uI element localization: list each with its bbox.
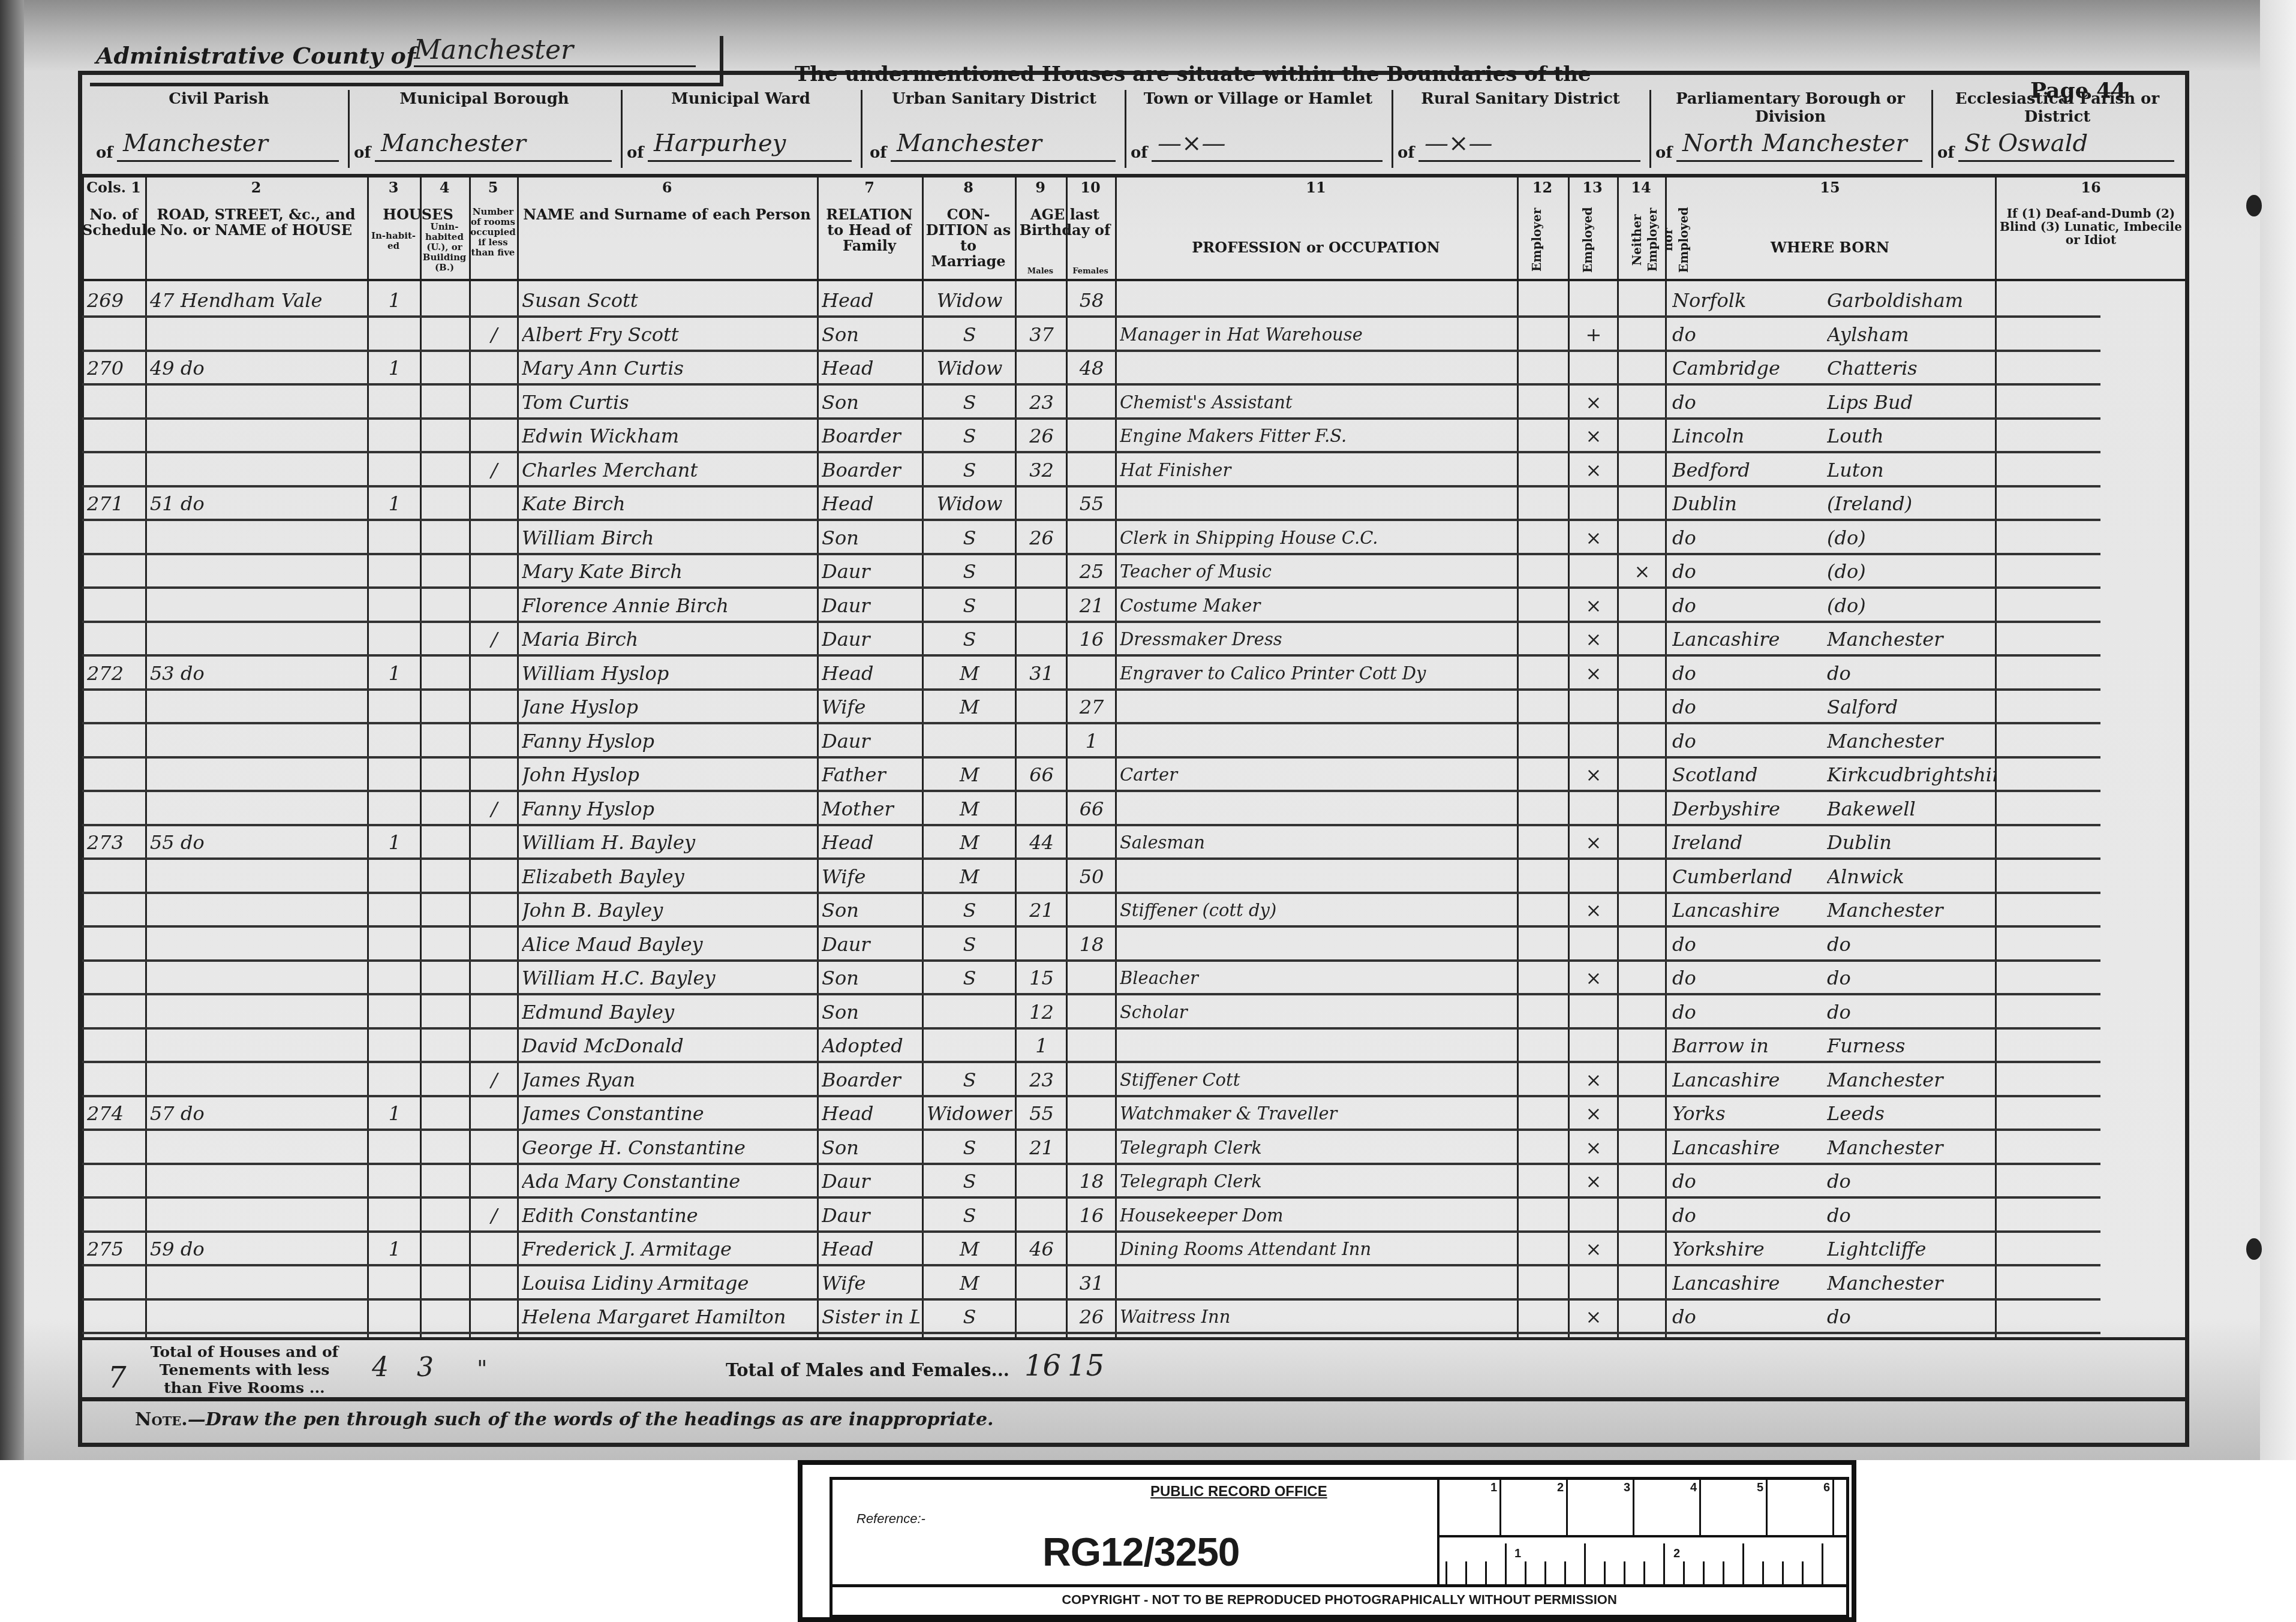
cell-occupation: Housekeeper Dom [1120, 1197, 1514, 1230]
cell-name: Tom Curtis [522, 384, 815, 417]
cell-employer [1522, 1163, 1565, 1196]
area-value: Manchester [375, 127, 612, 162]
cell-inhabited [372, 1061, 417, 1095]
cell-occupation: Telegraph Clerk [1120, 1163, 1514, 1196]
cell-rooms [474, 485, 515, 519]
cell-neither [1622, 1129, 1663, 1163]
census-row: /Charles MerchantBoarderS32Hat Finisher×… [82, 452, 2100, 487]
cell-occupation: Salesman [1120, 824, 1514, 857]
cell-male-age [1020, 350, 1063, 383]
note-text: —Draw the pen through such of the words … [188, 1409, 994, 1430]
ruler-number: 3 [1624, 1481, 1630, 1495]
cell-relation: Daur [822, 926, 919, 959]
census-row: Ada Mary ConstantineDaurS18Telegraph Cle… [82, 1163, 2100, 1199]
cell-female-age [1071, 384, 1113, 417]
cell-neither [1622, 587, 1663, 621]
cell-uninhabited [425, 587, 467, 621]
cell-condition: S [927, 621, 1012, 654]
cell-born-county: Dublin [1672, 485, 1822, 519]
column-number: 6 [517, 179, 817, 196]
cell-rooms [474, 384, 515, 417]
cell-male-age: 21 [1020, 892, 1063, 925]
census-row: /Maria BirchDaurS16Dressmaker Dress×Lanc… [82, 621, 2100, 657]
cell-address [150, 587, 365, 621]
cell-address: 59 do [150, 1230, 365, 1264]
cell-employer [1522, 959, 1565, 993]
cell-female-age [1071, 1061, 1113, 1095]
cell-schedule [87, 1265, 143, 1298]
cell-schedule: 272 [87, 655, 143, 688]
cell-relation: Son [822, 959, 919, 993]
cell-rooms: / [474, 452, 515, 485]
cell-rooms [474, 756, 515, 790]
area-label: Urban Sanitary District [864, 90, 1125, 108]
column-header-age: AGE last Birthday of [1015, 207, 1115, 238]
cell-inhabited: 1 [372, 282, 417, 315]
ruler-mark [1465, 1561, 1467, 1585]
cell-born-place: do [1827, 1197, 1995, 1230]
cell-occupation: Engraver to Calico Printer Cott Dy [1120, 655, 1514, 688]
cell-name: John Hyslop [522, 756, 815, 790]
cell-uninhabited [425, 1230, 467, 1264]
census-row: 27253 do1William HyslopHeadM31Engraver t… [82, 655, 2100, 691]
area-of: of [870, 144, 887, 162]
cell-neither [1622, 1061, 1663, 1095]
cell-schedule [87, 452, 143, 485]
cell-schedule [87, 1197, 143, 1230]
cell-inhabited [372, 994, 417, 1027]
cell-occupation [1120, 790, 1514, 824]
cell-schedule [87, 994, 143, 1027]
cell-female-age: 58 [1071, 282, 1113, 315]
census-row: Florence Annie BirchDaurS21Costume Maker… [82, 587, 2100, 623]
cell-female-age: 66 [1071, 790, 1113, 824]
cell-male-age [1020, 790, 1063, 824]
cell-employer [1522, 1265, 1565, 1298]
column-number: 16 [1995, 179, 2187, 196]
cell-relation: Sister in Law [822, 1298, 919, 1332]
cell-relation: Daur [822, 1197, 919, 1230]
column-number: 3 [367, 179, 420, 196]
cell-employer [1522, 587, 1565, 621]
area-label: Municipal Ward [621, 90, 861, 108]
cell-employed [1573, 553, 1615, 586]
cell-relation: Boarder [822, 452, 919, 485]
cell-address [150, 959, 365, 993]
cell-relation: Boarder [822, 1061, 919, 1095]
cell-occupation: Bleacher [1120, 959, 1514, 993]
cell-employed [1573, 282, 1615, 315]
cell-female-age [1071, 1027, 1113, 1061]
cell-condition: S [927, 1129, 1012, 1163]
cell-condition: M [927, 1230, 1012, 1264]
ruler-tick [1699, 1480, 1701, 1535]
cell-name: James Constantine [522, 1095, 815, 1129]
ruler-mark [1643, 1561, 1645, 1585]
cell-occupation: Costume Maker [1120, 587, 1514, 621]
cell-neither [1622, 519, 1663, 553]
census-row: William H.C. BayleySonS15Bleacher×dodo [82, 959, 2100, 995]
cell-female-age [1071, 994, 1113, 1027]
cell-relation: Daur [822, 553, 919, 586]
cell-employed [1573, 1027, 1615, 1061]
column-header-relation: RELATION to Head of Family [817, 207, 922, 254]
cell-rooms [474, 350, 515, 383]
cell-born-county: do [1672, 553, 1822, 586]
cell-born-county: Yorkshire [1672, 1230, 1822, 1264]
census-row: 27355 do1William H. BayleyHeadM44Salesma… [82, 824, 2100, 860]
cell-uninhabited [425, 384, 467, 417]
cell-uninhabited [425, 1197, 467, 1230]
cell-schedule [87, 723, 143, 756]
column-number: 9 [1015, 179, 1066, 196]
cell-male-age: 21 [1020, 1129, 1063, 1163]
cell-name: William Hyslop [522, 655, 815, 688]
cell-born-county: do [1672, 959, 1822, 993]
cell-rooms [474, 824, 515, 857]
cell-employed: + [1573, 316, 1615, 350]
cell-uninhabited [425, 824, 467, 857]
cell-employed [1573, 350, 1615, 383]
cell-condition: S [927, 1197, 1012, 1230]
ruler-mark [1683, 1561, 1685, 1585]
cell-condition: M [927, 790, 1012, 824]
cell-occupation: Watchmaker & Traveller [1120, 1095, 1514, 1129]
cell-born-county: Lancashire [1672, 1265, 1822, 1298]
census-row: Mary Kate BirchDaurS25Teacher of Music×d… [82, 553, 2100, 589]
cell-name: Edmund Bayley [522, 994, 815, 1027]
schedule-total-mark: 7 [108, 1361, 127, 1395]
cell-rooms [474, 926, 515, 959]
cell-employer [1522, 417, 1565, 451]
cell-rooms [474, 417, 515, 451]
county-value: Manchester [414, 35, 696, 67]
cell-condition: Widow [927, 350, 1012, 383]
cell-inhabited [372, 519, 417, 553]
cell-employer [1522, 1027, 1565, 1061]
cell-occupation: Teacher of Music [1120, 553, 1514, 586]
ruler-mark [1762, 1561, 1764, 1585]
cell-address [150, 417, 365, 451]
ruler-mark [1604, 1561, 1606, 1585]
cell-relation: Daur [822, 587, 919, 621]
cell-schedule [87, 587, 143, 621]
cell-neither [1622, 959, 1663, 993]
cell-employed: × [1573, 417, 1615, 451]
cell-uninhabited [425, 621, 467, 654]
totals-divider [78, 1337, 2189, 1340]
cell-born-place: Manchester [1827, 892, 1995, 925]
ruler-mark [1782, 1561, 1784, 1585]
cell-born-place: do [1827, 994, 1995, 1027]
column-header-rooms: Number of rooms occupied if less than fi… [469, 207, 517, 258]
cell-neither [1622, 350, 1663, 383]
cell-uninhabited [425, 959, 467, 993]
area-of: of [354, 144, 371, 162]
cell-relation: Son [822, 384, 919, 417]
cell-born-place: Kirkcudbrightshire [1827, 756, 1995, 790]
cell-address [150, 688, 365, 722]
cell-uninhabited [425, 858, 467, 892]
cell-neither [1622, 892, 1663, 925]
cell-inhabited [372, 417, 417, 451]
census-row: Tom CurtisSonS23Chemist's Assistant×doLi… [82, 384, 2100, 420]
cell-rooms [474, 959, 515, 993]
males-total: 16 [1024, 1349, 1061, 1383]
cell-inhabited [372, 1298, 417, 1332]
area-label: Parliamentary Borough or Division [1649, 90, 1931, 126]
area-label: Municipal Borough [348, 90, 621, 108]
cell-address: 47 Hendham Vale [150, 282, 365, 315]
cell-employer [1522, 1095, 1565, 1129]
area-field: Rural Sanitary District of —×— [1392, 90, 1651, 168]
cell-schedule [87, 1027, 143, 1061]
cell-female-age: 1 [1071, 723, 1113, 756]
cell-occupation: Hat Finisher [1120, 452, 1514, 485]
cell-male-age: 26 [1020, 519, 1063, 553]
cell-born-place: (Ireland) [1827, 485, 1995, 519]
cell-condition: Widow [927, 282, 1012, 315]
cell-schedule: 271 [87, 485, 143, 519]
census-row: 27151 do1Kate BirchHeadWidow55Dublin(Ire… [82, 485, 2100, 521]
cell-female-age [1071, 824, 1113, 857]
uninhabited-total: 3 [417, 1352, 434, 1383]
cell-employer [1522, 1298, 1565, 1332]
cell-male-age [1020, 723, 1063, 756]
cell-occupation: Stiffener (cott dy) [1120, 892, 1514, 925]
cell-female-age [1071, 1230, 1113, 1264]
cell-relation: Head [822, 824, 919, 857]
column-header-houses: HOUSES [367, 207, 469, 222]
cell-born-place: (do) [1827, 553, 1995, 586]
cell-address [150, 1163, 365, 1196]
cell-address: 53 do [150, 655, 365, 688]
cell-born-place: Manchester [1827, 723, 1995, 756]
cell-male-age: 26 [1020, 417, 1063, 451]
cell-rooms [474, 858, 515, 892]
cell-employer [1522, 350, 1565, 383]
cell-employer [1522, 1197, 1565, 1230]
area-value: Manchester [891, 127, 1116, 162]
cell-condition: M [927, 824, 1012, 857]
census-row: Helena Margaret HamiltonSister in LawS26… [82, 1298, 2100, 1334]
cell-occupation: Chemist's Assistant [1120, 384, 1514, 417]
cell-employer [1522, 519, 1565, 553]
cell-employer [1522, 1129, 1565, 1163]
cell-born-county: Lancashire [1672, 892, 1822, 925]
cell-name: Louisa Lidiny Armitage [522, 1265, 815, 1298]
cell-inhabited [372, 316, 417, 350]
area-label: Civil Parish [90, 90, 348, 108]
cell-condition: S [927, 519, 1012, 553]
cell-schedule: 273 [87, 824, 143, 857]
cell-neither: × [1622, 553, 1663, 586]
cell-name: Albert Fry Scott [522, 316, 815, 350]
ruler-number: 1 [1490, 1481, 1497, 1495]
cell-relation: Son [822, 892, 919, 925]
area-value: Harpurhey [648, 127, 852, 162]
cell-address: 57 do [150, 1095, 365, 1129]
form-title: The undermentioned Houses are situate wi… [795, 62, 1591, 86]
cell-employed: × [1573, 1298, 1615, 1332]
area-of: of [1937, 144, 1955, 162]
cell-name: Charles Merchant [522, 452, 815, 485]
cell-born-place: Manchester [1827, 621, 1995, 654]
cell-name: Mary Ann Curtis [522, 350, 815, 383]
cell-inhabited [372, 926, 417, 959]
census-row: 27559 do1Frederick J. ArmitageHeadM46Din… [82, 1230, 2100, 1266]
cell-employer [1522, 926, 1565, 959]
census-row: William BirchSonS26Clerk in Shipping Hou… [82, 519, 2100, 555]
cell-name: David McDonald [522, 1027, 815, 1061]
ruler-mark [1624, 1561, 1625, 1585]
cell-employed [1573, 926, 1615, 959]
cell-relation: Son [822, 519, 919, 553]
cell-uninhabited [425, 553, 467, 586]
cell-male-age: 66 [1020, 756, 1063, 790]
column-number: 14 [1617, 179, 1665, 196]
cell-uninhabited [425, 282, 467, 315]
cell-uninhabited [425, 350, 467, 383]
cell-uninhabited [425, 790, 467, 824]
cell-female-age: 25 [1071, 553, 1113, 586]
ruler-number: 2 [1673, 1547, 1680, 1561]
cell-condition [927, 723, 1012, 756]
cell-condition: S [927, 553, 1012, 586]
cell-schedule: 269 [87, 282, 143, 315]
cell-occupation [1120, 350, 1514, 383]
ruler-mark [1802, 1561, 1804, 1585]
cell-occupation [1120, 485, 1514, 519]
ruler-number: 5 [1757, 1481, 1763, 1495]
cell-born-county: do [1672, 655, 1822, 688]
cell-occupation: Dressmaker Dress [1120, 621, 1514, 654]
column-header-males: Males [1015, 264, 1066, 279]
cell-relation: Adopted [822, 1027, 919, 1061]
cell-name: Kate Birch [522, 485, 815, 519]
cell-neither [1622, 1163, 1663, 1196]
ruler-number: 1 [1514, 1547, 1521, 1561]
cell-rooms [474, 1095, 515, 1129]
cell-rooms: / [474, 1061, 515, 1095]
cell-born-county: Yorks [1672, 1095, 1822, 1129]
cell-employer [1522, 384, 1565, 417]
cell-occupation [1120, 858, 1514, 892]
cell-female-age [1071, 417, 1113, 451]
cell-rooms [474, 519, 515, 553]
cell-inhabited [372, 553, 417, 586]
area-of: of [1398, 144, 1415, 162]
column-number: 7 [817, 179, 922, 196]
cell-condition: S [927, 1163, 1012, 1196]
cell-employed: × [1573, 1163, 1615, 1196]
cell-born-place: do [1827, 926, 1995, 959]
cell-employed: × [1573, 892, 1615, 925]
column-number: 4 [420, 179, 469, 196]
cell-born-place: Lips Bud [1827, 384, 1995, 417]
cell-inhabited [372, 892, 417, 925]
cell-employer [1522, 994, 1565, 1027]
cell-born-county: Cumberland [1672, 858, 1822, 892]
cell-born-county: do [1672, 1197, 1822, 1230]
cell-condition: S [927, 384, 1012, 417]
census-row: John HyslopFatherM66Carter×ScotlandKirkc… [82, 756, 2100, 792]
cell-born-county: Lancashire [1672, 1129, 1822, 1163]
cell-name: Susan Scott [522, 282, 815, 315]
cell-male-age [1020, 1265, 1063, 1298]
cell-address [150, 926, 365, 959]
cell-inhabited [372, 587, 417, 621]
cell-inhabited [372, 1129, 417, 1163]
cell-born-county: do [1672, 688, 1822, 722]
area-field: Town or Village or Hamlet of —×— [1125, 90, 1393, 168]
cell-uninhabited [425, 1027, 467, 1061]
cell-schedule: 274 [87, 1095, 143, 1129]
cell-address [150, 790, 365, 824]
cell-employed: × [1573, 655, 1615, 688]
note-prefix: Note. [135, 1409, 188, 1430]
cell-uninhabited [425, 655, 467, 688]
form-bottom-rule [78, 1397, 2189, 1401]
census-row: /Fanny HyslopMotherM66DerbyshireBakewell [82, 790, 2100, 826]
cell-schedule [87, 926, 143, 959]
cell-female-age [1071, 1095, 1113, 1129]
column-number: 11 [1115, 179, 1517, 196]
cell-condition: S [927, 316, 1012, 350]
cell-name: William H.C. Bayley [522, 959, 815, 993]
cell-male-age: 44 [1020, 824, 1063, 857]
cell-female-age [1071, 519, 1113, 553]
cell-inhabited [372, 959, 417, 993]
area-label: Ecclesiastical Parish or District [1931, 90, 2183, 126]
cell-name: Fanny Hyslop [522, 790, 815, 824]
cell-neither [1622, 1027, 1663, 1061]
cell-rooms [474, 1298, 515, 1332]
cell-born-place: do [1827, 655, 1995, 688]
cell-name: Jane Hyslop [522, 688, 815, 722]
column-number: 5 [469, 179, 517, 196]
cell-employed [1573, 1265, 1615, 1298]
cell-neither [1622, 723, 1663, 756]
cell-name: Elizabeth Bayley [522, 858, 815, 892]
cell-name: Fanny Hyslop [522, 723, 815, 756]
area-value: —×— [1419, 127, 1640, 162]
cell-uninhabited [425, 1061, 467, 1095]
cell-rooms [474, 1230, 515, 1264]
cell-schedule [87, 553, 143, 586]
cell-female-age [1071, 316, 1113, 350]
cell-relation: Head [822, 282, 919, 315]
cell-name: Edith Constantine [522, 1197, 815, 1230]
cell-schedule [87, 1163, 143, 1196]
census-row: 27049 do1Mary Ann CurtisHeadWidow48Cambr… [82, 350, 2100, 386]
census-row: Edmund BayleySon12Scholardodo [82, 994, 2100, 1030]
cell-occupation: Manager in Hat Warehouse [1120, 316, 1514, 350]
cell-inhabited [372, 1197, 417, 1230]
cell-employer [1522, 655, 1565, 688]
column-header-females: Females [1066, 264, 1115, 279]
cell-relation: Wife [822, 688, 919, 722]
cell-condition [927, 1027, 1012, 1061]
column-header-name: NAME and Surname of each Person [517, 207, 817, 222]
area-value: —×— [1152, 127, 1383, 162]
cell-employer [1522, 892, 1565, 925]
cell-rooms [474, 1027, 515, 1061]
cell-inhabited: 1 [372, 1230, 417, 1264]
cell-employed [1573, 485, 1615, 519]
area-field: Municipal Borough of Manchester [348, 90, 623, 168]
cell-schedule [87, 790, 143, 824]
